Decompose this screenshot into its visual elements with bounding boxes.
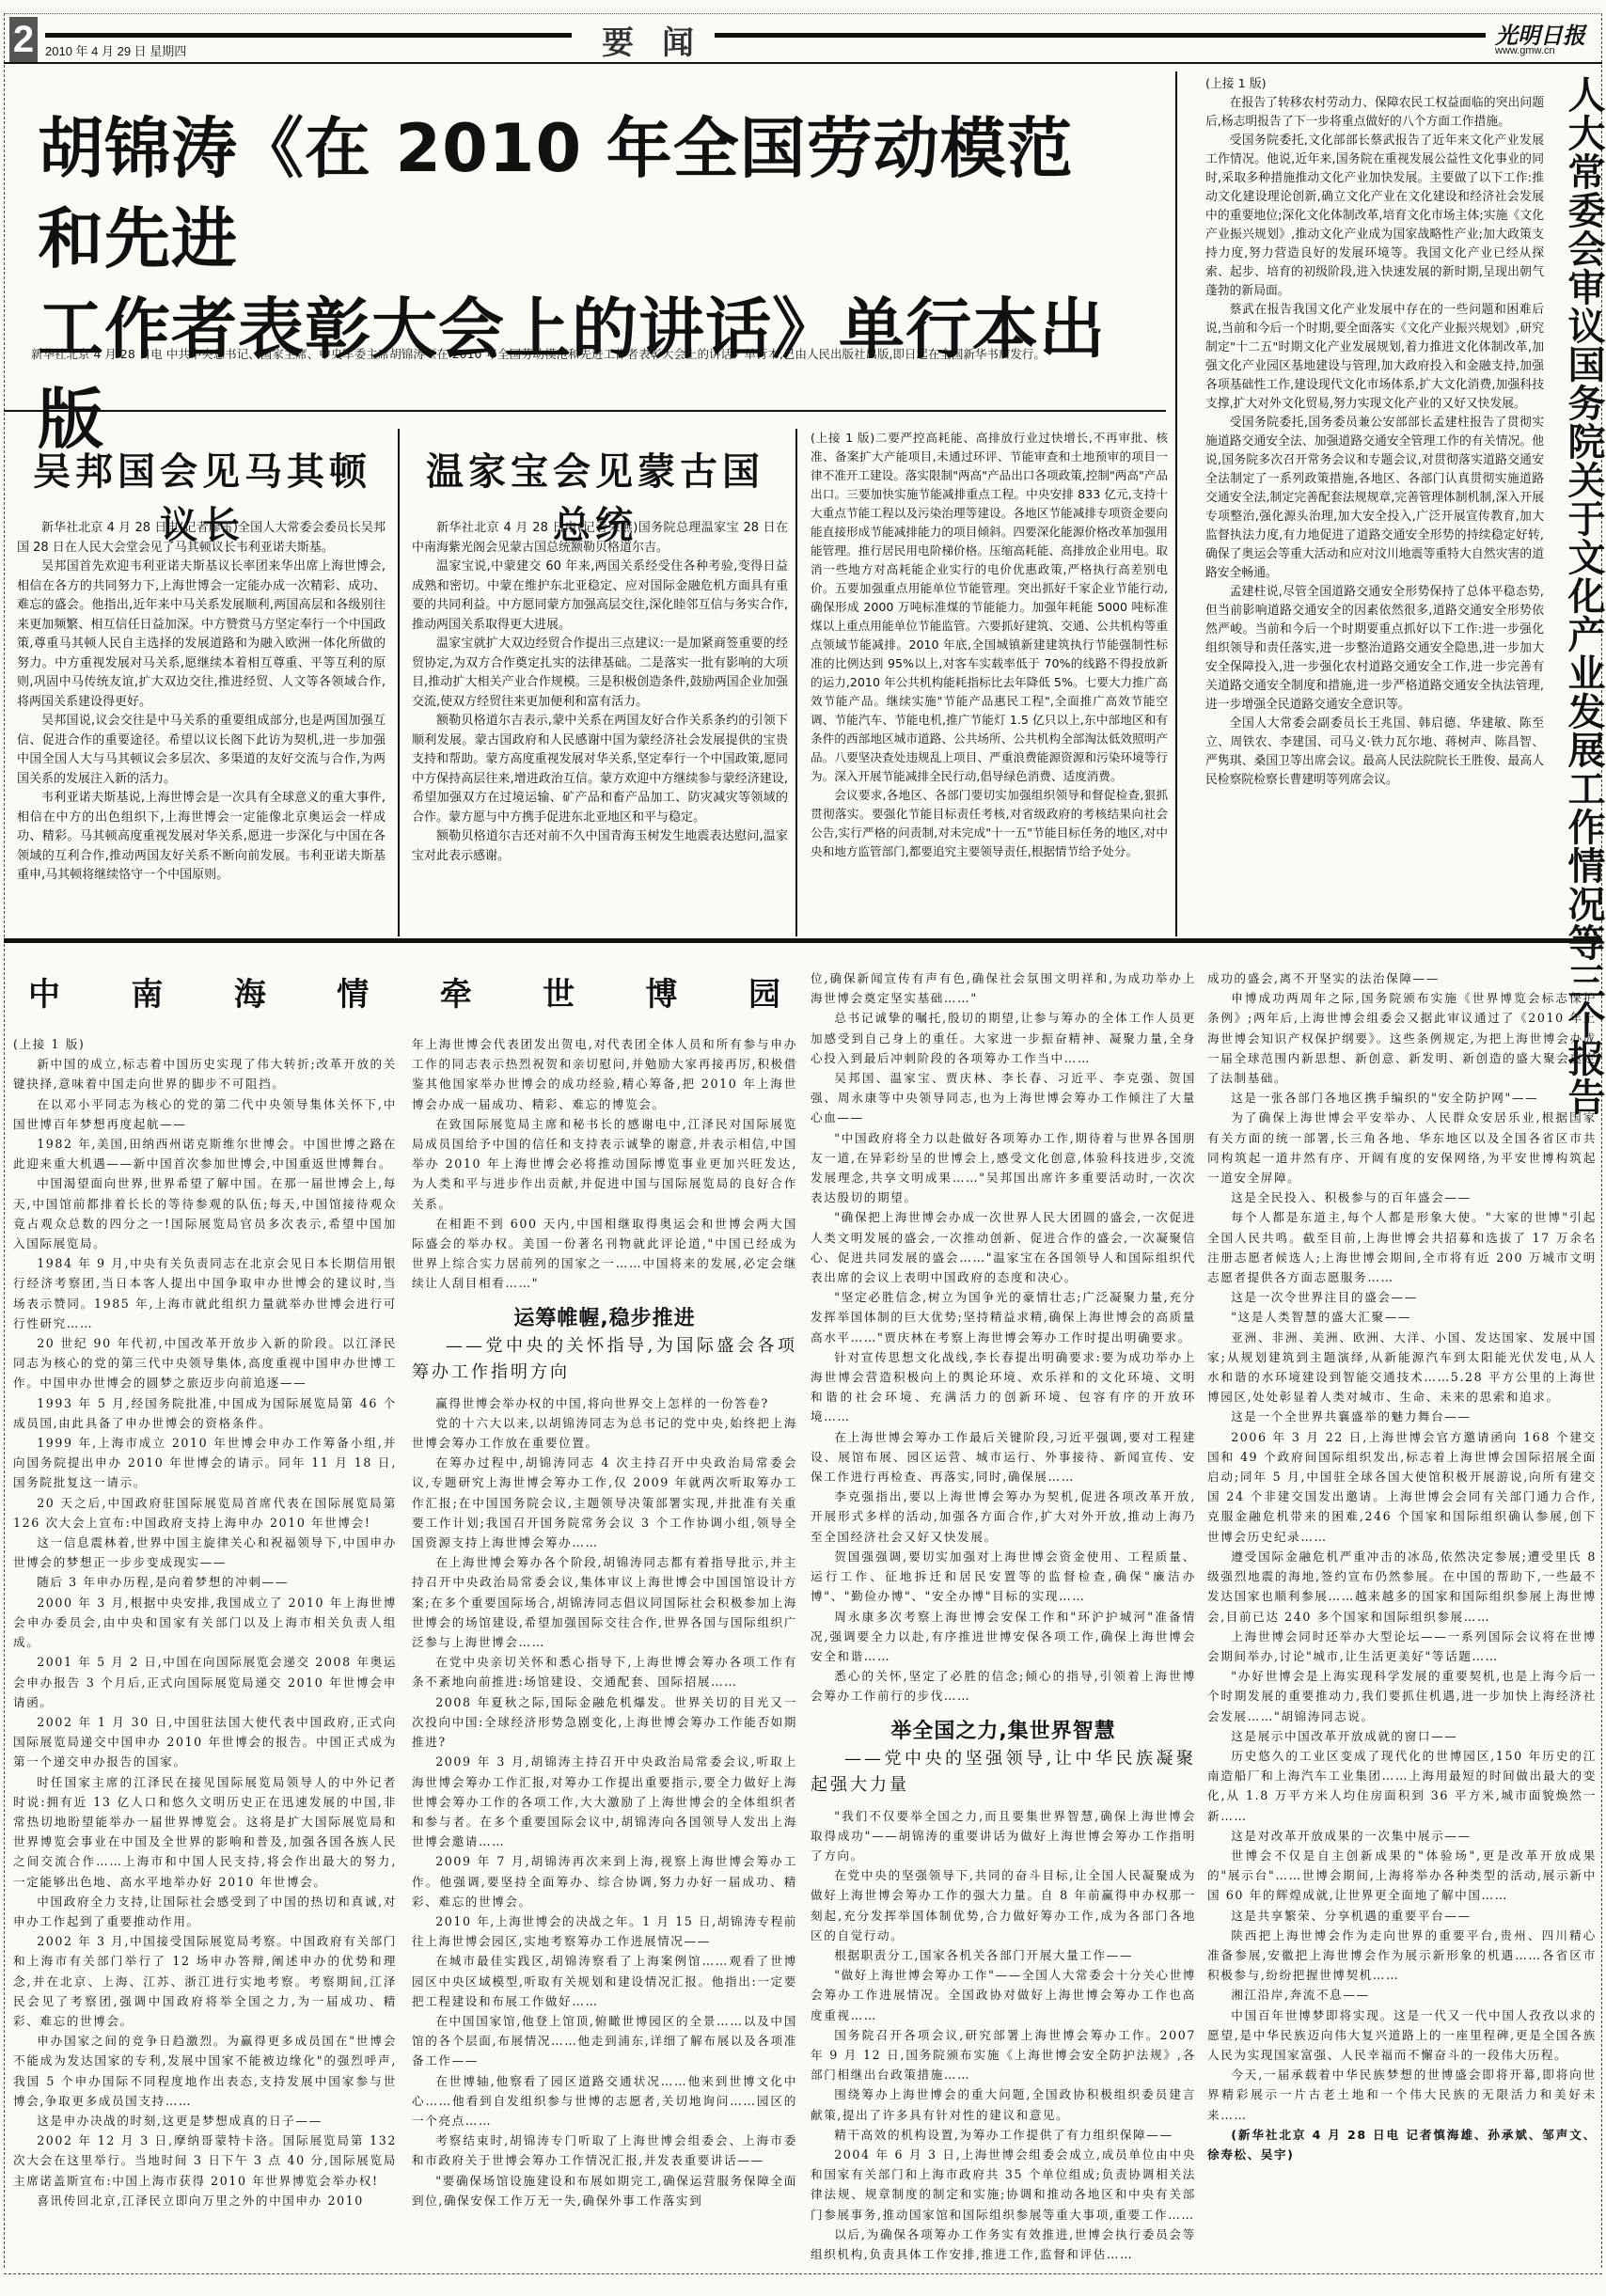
continued-label: (上接 1 版): [13, 1034, 397, 1054]
paragraph: 这是申办决战的时刻,这更是梦想成真的日子——: [13, 2111, 397, 2131]
paragraph: 1984 年 9 月,中央有关负责同志在北京会见日本长期信用银行经济考察团,当日…: [13, 1253, 397, 1333]
paragraph: 额勒贝格道尔吉还对前不久中国青海玉树发生地震表达慰问,温家宝对此表示感谢。: [412, 827, 788, 866]
paragraph: 新华社北京 4 月 28 日电(记者荣燕)国务院总理温家宝 28 日在中南海紫光…: [412, 519, 788, 558]
paragraph: 周永康多次考察上海世博会安保工作和"环沪护城河"准备情况,强调要全力以赴,有序推…: [811, 1607, 1196, 1667]
paragraph: 中国百年世博梦即将实现。这是一代又一代中国人孜孜以求的愿望,是中华民族迈向伟大复…: [1207, 2005, 1597, 2066]
newspaper-page: 2 2010 年 4 月 29 日 星期四 要闻 光明日报 www.gmw.cn…: [0, 0, 1606, 2296]
paragraph: 韦利亚诺夫斯基说,上海世博会是一次具有全球意义的重大事件,相信在中方的出色组织下…: [17, 789, 386, 886]
npc-report-body: (上接 1 版) 在报告了转移农村劳动力、保障农民工权益面临的突出问题后,杨志明…: [1205, 75, 1544, 790]
paragraph: 2000 年 3 月,根据中央安排,我国成立了 2010 年上海世博会申办委员会…: [13, 1593, 397, 1653]
paragraph: 这是共享繁荣、分享机遇的重要平台——: [1207, 1906, 1597, 1926]
paragraph: 成功的盛会,离不开坚实的法治保障——: [1207, 968, 1597, 988]
paragraph: 这是一个全世界共襄盛举的魅力舞台——: [1207, 1407, 1597, 1426]
issue-date: 2010 年 4 月 29 日 星期四: [45, 41, 186, 59]
paragraph: "中国政府将全力以赴做好各项筹办工作,期待着与世界各国朋友一道,在异彩纷呈的世博…: [811, 1128, 1196, 1208]
paragraph: 国务院召开各项会议,研究部署上海世博会筹办工作。2007 年 9 月 12 日,…: [811, 2025, 1196, 2085]
feature-column-3: 位,确保新闻宣传有声有色,确保社会氛围文明祥和,为成功举办上海世博会奠定坚实基础…: [811, 968, 1196, 2271]
paragraph: "要确保场馆设施建设和布展如期完工,确保运营服务保障全面到位,确保安保工作万无一…: [412, 2171, 797, 2210]
paragraph: 陕西把上海世博会作为走向世界的重要平台,贵州、四川精心准备参展,安徽把上海世博会…: [1207, 1926, 1597, 1986]
feature-headline-char: 情: [337, 968, 369, 1014]
npc-report-vertical-headline: 人大常委会审议国务院关于文化产业发展工作情况等三个报告: [1551, 75, 1604, 1116]
paragraph: 2009 年 3 月,胡锦涛主持召开中央政治局常委会议,听取上海世博会筹办工作汇…: [412, 1752, 797, 1851]
paragraph: 吴邦国说,议会交往是中马关系的重要组成部分,也是两国加强互信、促进合作的重要途径…: [17, 712, 386, 789]
paragraph: 在致国际展览局主席和秘书长的感谢电中,江泽民对国际展览局成员国给予中国的信任和支…: [412, 1114, 797, 1214]
paragraph: 根据职责分工,国家各机关各部门开展大量工作——: [811, 1945, 1196, 1965]
byline: (新华社北京 4 月 28 日电 记者慎海雄、孙承斌、邹声文、徐寿松、吴宇): [1207, 2125, 1597, 2164]
lead-article-body: 新华社北京 4 月 28 日电 中共中央总书记、国家主席、中央军委主席胡锦涛《在…: [8, 344, 1164, 364]
paragraph: 这是全民投入、积极参与的百年盛会——: [1207, 1187, 1597, 1207]
paragraph: 位,确保新闻宣传有声有色,确保社会氛围文明祥和,为成功举办上海世博会奠定坚实基础…: [811, 968, 1196, 1008]
paragraph: 以后,为确保各项筹办工作务实有效推进,世博会执行委员会等组织机构,负责具体工作安…: [811, 2225, 1196, 2264]
paragraph: 精干高效的机构设置,为筹办工作提供了有力组织保障——: [811, 2125, 1196, 2145]
paragraph: 2002 年 12 月 3 日,摩纳哥蒙特卡洛。国际展览局第 132 次大会在这…: [13, 2131, 397, 2191]
paragraph: 这是一次令世界注目的盛会——: [1207, 1287, 1597, 1307]
feature-headline: 中 南 海 情 牵 世 博 园: [28, 968, 780, 1014]
paragraph: "办好世博会是上海实现科学发展的重要契机,也是上海今后一个时期发展的重要推动力,…: [1207, 1666, 1597, 1726]
paragraph: 喜讯传回北京,江泽民立即向万里之外的中国申办 2010: [13, 2191, 397, 2210]
paragraph: 在以邓小平同志为核心的党的第二代中央领导集体关怀下,中国世博百年梦想再度起航——: [13, 1094, 397, 1134]
paragraph: 吴邦国首先欢迎韦利亚诺夫斯基议长率团来华出席上海世博会,相信在各方的共同努力下,…: [17, 558, 386, 712]
energy-article-body: (上接 1 版)二要严控高耗能、高排放行业过快增长,不再审批、核准、备案扩大产能…: [811, 429, 1168, 861]
paragraph: 亚洲、非洲、美洲、欧洲、大洋、小国、发达国家、发展中国家;从规划建筑到主题演绎,…: [1207, 1328, 1597, 1407]
paragraph: 受国务院委托,文化部部长蔡武报告了近年来文化产业发展工作情况。他说,近年来,国务…: [1205, 132, 1544, 301]
paragraph: 这是一张各部门各地区携手编织的"安全防护网"——: [1207, 1088, 1597, 1108]
paragraph: 遵受国际金融危机严重冲击的冰岛,依然决定参展;遭受里氏 8 级强烈地震的海地,签…: [1207, 1547, 1597, 1627]
paragraph: 悉心的关怀,坚定了必胜的信念;倾心的指导,引领着上海世博会筹办工作前行的步伐……: [811, 1666, 1196, 1706]
paragraph: 历史悠久的工业区变成了现代化的世博园区,150 年历史的江南造船厂和上海汽车工业…: [1207, 1746, 1597, 1826]
paragraph: 为了确保上海世博会平安举办、人民群众安居乐业,根据国家有关方面的统一部署,长三角…: [1207, 1108, 1597, 1187]
feature-column-4: 成功的盛会,离不开坚实的法治保障—— 申博成功两周年之际,国务院颁布实施《世界博…: [1207, 968, 1597, 2271]
paragraph: "坚定必胜信念,树立为国争光的豪情壮志;广泛凝聚力量,充分发挥举国体制的巨大优势…: [811, 1287, 1196, 1347]
masthead-bottom-rule: [4, 62, 1602, 64]
paragraph: 2009 年 7 月,胡锦涛再次来到上海,视察上海世博会筹办工作。他强调,要坚持…: [412, 1851, 797, 1911]
paragraph: 这是对改革开放成果的一次集中展示——: [1207, 1826, 1597, 1846]
paragraph: 围绕筹办上海世博会的重大问题,全国政协积极组织委员建言献策,提出了许多具有针对性…: [811, 2084, 1196, 2124]
paragraph: 额勒贝格道尔吉表示,蒙中关系在两国友好合作关系条约的引领下顺利发展。蒙古国政府和…: [412, 712, 788, 827]
feature-headline-char: 世: [543, 968, 575, 1014]
paragraph: 赢得世博会举办权的中国,将向世界交上怎样的一份答卷?: [412, 1393, 797, 1413]
paragraph: 在中国国家馆,他登上馆顶,俯瞰世博园区的全景……以及中国馆的各个层面,布展情况……: [412, 2011, 797, 2071]
paragraph: 2002 年 3 月,中国接受国际展览局考察。中国政府有关部门和上海市有关部门举…: [13, 1931, 397, 2031]
paragraph: 在上海世博会筹办工作最后关键阶段,习近平强调,要对工程建设、展馆布展、园区运营、…: [811, 1427, 1196, 1487]
paragraph: 总书记诚挚的嘱托,殷切的期望,让参与筹办的全体工作人员更加感受到自己身上的重任。…: [811, 1008, 1196, 1068]
feature-headline-char: 海: [234, 968, 266, 1014]
section-title: 要闻: [602, 17, 722, 63]
paragraph: 1993 年 5 月,经国务院批准,中国成为国际展览局第 46 个成员国,由此具…: [13, 1393, 397, 1433]
feature-subheading: 运筹帷幄,稳步推进: [412, 1305, 797, 1333]
paragraph: 贺国强强调,要切实加强对上海世博会资金使用、工程质量、运行工作、征地拆迁和居民安…: [811, 1547, 1196, 1607]
paragraph: 孟建柱说,尽管全国道路交通安全形势保持了总体平稳态势,但当前影响道路交通安全的因…: [1205, 583, 1544, 715]
feature-headline-char: 牵: [440, 968, 472, 1014]
divider-right-column: [1175, 71, 1177, 936]
paragraph: 20 世纪 90 年代初,中国改革开放步入新的阶段。以江泽民同志为核心的党的第三…: [13, 1333, 397, 1393]
feature-headline-char: 博: [646, 968, 678, 1014]
paragraph: 吴邦国、温家宝、贾庆林、李长春、习近平、李克强、贺国强、周永康等中央领导同志,也…: [811, 1068, 1196, 1128]
paragraph: 受国务院委托,国务委员兼公安部部长孟建柱报告了贯彻实施道路交通安全法、加强道路交…: [1205, 414, 1544, 583]
paragraph: 针对宣传思想文化战线,李长春提出明确要求:要为成功举办上海世博会营造积极向上的舆…: [811, 1347, 1196, 1427]
paragraph: 在相距不到 600 天内,中国相继取得奥运会和世博会两大国际盛会的举办权。美国一…: [412, 1214, 797, 1294]
paragraph: 申办国家之间的竞争日趋激烈。为赢得更多成员国在"世博会不能成为发达国家的专利,发…: [13, 2031, 397, 2111]
divider-feature: [4, 938, 1602, 943]
feature-headline-char: 南: [131, 968, 163, 1014]
paragraph: 每个人都是东道主,每个人都是形象大使。"大家的世博"引起全国人民共鸣。截至目前,…: [1207, 1207, 1597, 1287]
page-bottom-border: [4, 2273, 1602, 2274]
paragraph: 湘江沿岸,奔流不息——: [1207, 1985, 1597, 2005]
divider-col-2: [795, 429, 797, 936]
paragraph: 蔡武在报告我国文化产业发展中存在的一些问题和困难后说,当前和今后一个时期,要全面…: [1205, 301, 1544, 414]
divider-col-1: [398, 429, 400, 936]
paragraph: 2008 年夏秋之际,国际金融危机爆发。世界关切的目光又一次投向中国:全球经济形…: [412, 1692, 797, 1753]
website-url[interactable]: www.gmw.cn: [1495, 45, 1555, 56]
paragraph: 全国人大常委会副委员长王兆国、韩启德、华建敏、陈至立、周铁农、李建国、司马义·铁…: [1205, 715, 1544, 790]
paragraph: "确保把上海世博会办成一次世界人民大团圆的盛会,一次促进人类文明发展的盛会,一次…: [811, 1207, 1196, 1287]
paragraph: 世博会不仅是自主创新成果的"体验场",更是改革开放成果的"展示台"……世博会期间…: [1207, 1846, 1597, 1906]
feature-headline-char: 园: [748, 968, 780, 1014]
paragraph: 在报告了转移农村劳动力、保障农民工权益面临的突出问题后,杨志明报告了下一步将重点…: [1205, 94, 1544, 132]
feature-subheading-deck: ——党中央的坚强领导,让中华民族凝聚起强大力量: [811, 1746, 1196, 1799]
paragraph: 年上海世博会代表团发出贺电,对代表团全体人员和所有参与申办工作的同志表示热烈祝贺…: [412, 1034, 797, 1114]
paragraph: 在筹办过程中,胡锦涛同志 4 次主持召开中央政治局常委会议,专题研究上海世博会筹…: [412, 1453, 797, 1552]
lead-headline-line-1: 胡锦涛《在 2010 年全国劳动模范和先进: [38, 103, 1128, 284]
masthead-rule-right: [715, 33, 1486, 38]
paragraph: 考察结束时,胡锦涛专门听取了上海世博会组委会、上海市委和市政府关于世博会筹办工作…: [412, 2131, 797, 2170]
paragraph: 这一信息震林着,世界中国主旋律关心和祝福领导下,中国申办世博会的梦想正一步步变成…: [13, 1533, 397, 1572]
paragraph: "做好上海世博会筹办工作"——全国人大常委会十分关心世博会筹办工作进展情况。全国…: [811, 1965, 1196, 2025]
masthead-rule-left: [45, 33, 572, 38]
paragraph: 随后 3 年申办历程,是向着梦想的冲刺——: [13, 1572, 397, 1592]
paragraph: 新华社北京 4 月 28 日电(记者廖雷)全国人大常委会委员长吴邦国 28 日在…: [17, 519, 386, 558]
paragraph: 会议要求,各地区、各部门要切实加强组织领导和督促检查,狠抓贯彻落实。要强化节能目…: [811, 786, 1168, 861]
paragraph: 中国渴望面向世界,世界希望了解中国。在那一届世博会上,每天,中国馆前都排着长长的…: [13, 1173, 397, 1253]
paragraph: 温家宝就扩大双边经贸合作提出三点建议:一是加紧商签重要的经贸协定,为双方合作奠定…: [412, 635, 788, 712]
feature-column-1: (上接 1 版) 新中国的成立,标志着中国历史实现了伟大转折;改革开放的关键抉择…: [13, 1034, 397, 2271]
paragraph: 温家宝说,中蒙建交 60 年来,两国关系经受住各种考验,变得日益成熟和密切。中蒙…: [412, 558, 788, 635]
paragraph: 在党中央亲切关怀和悉心指导下,上海世博会筹办各项工作有条不紊地向前推进:场馆建设…: [412, 1652, 797, 1691]
paragraph: 这是展示中国改革开放成就的窗口——: [1207, 1726, 1597, 1746]
feature-column-2: 年上海世博会代表团发出贺电,对代表团全体人员和所有参与申办工作的同志表示热烈祝贺…: [412, 1034, 797, 2271]
paragraph: 新中国的成立,标志着中国历史实现了伟大转折;改革开放的关键抉择,意味着中国走向世…: [13, 1054, 397, 1093]
feature-subheading-deck: ——党中央的关怀指导,为国际盛会各项筹办工作指明方向: [412, 1333, 797, 1386]
feature-headline-char: 中: [28, 968, 60, 1014]
paragraph: 今天,一届承载着中华民族梦想的世博盛会即将开幕,即将向世界精彩展示一片古老土地和…: [1207, 2065, 1597, 2125]
paragraph: 2006 年 3 月 22 日,上海世博会官方邀请函向 168 个建交国和 49…: [1207, 1427, 1597, 1547]
paragraph: 2002 年 1 月 30 日,中国驻法国大使代表中国政府,正式向国际展览局递交…: [13, 1712, 397, 1772]
page-number: 2: [9, 17, 38, 62]
paragraph: "我们不仅要举全国之力,而且要集世界智慧,确保上海世博会取得成功"——胡锦涛的重…: [811, 1806, 1196, 1866]
paragraph: 在城市最佳实践区,胡锦涛察看了上海案例馆……观看了世博园区中央区域模型,听取有关…: [412, 1951, 797, 2011]
paragraph: 李克强指出,要以上海世博会筹办为契机,促进各项改革开放,开展形式多样的活动,加强…: [811, 1486, 1196, 1547]
wen-article-body: 新华社北京 4 月 28 日电(记者荣燕)国务院总理温家宝 28 日在中南海紫光…: [412, 519, 788, 866]
paragraph: 党的十六大以来,以胡锦涛同志为总书记的党中央,始终把上海世博会筹办工作放在重要位…: [412, 1413, 797, 1453]
paragraph: 2004 年 6 月 3 日,上海世博会组委会成立,成员单位由中央和国家有关部门…: [811, 2145, 1196, 2225]
wu-article-body: 新华社北京 4 月 28 日电(记者廖雷)全国人大常委会委员长吴邦国 28 日在…: [17, 519, 386, 886]
paragraph: 在世博轴,他察看了园区道路交通状况……他来到世博文化中心……他看到自发组织参与世…: [412, 2071, 797, 2131]
divider-lead: [4, 410, 1166, 412]
paragraph: "这是人类智慧的盛大汇聚——: [1207, 1307, 1597, 1327]
feature-subheading: 举全国之力,集世界智慧: [811, 1718, 1196, 1746]
paragraph: 申博成功两周年之际,国务院颁布实施《世界博览会标志保护条例》;两年后,上海世博会…: [1207, 988, 1597, 1088]
paragraph: 1982 年,美国,田纳西州诺克斯维尔世博会。中国世博之路在此迎来重大机遇——新…: [13, 1134, 397, 1173]
paragraph: 1999 年,上海市成立 2010 年世博会申办工作筹备小组,并向国务院提出申办…: [13, 1433, 397, 1493]
paragraph: 在党中央的坚强领导下,共同的奋斗目标,让全国人民凝聚成为做好上海世博会筹办工作的…: [811, 1865, 1196, 1945]
paragraph: 中国政府全力支持,让国际社会感受到了中国的热切和真诚,对申办工作起到了重要推动作…: [13, 1892, 397, 1931]
paragraph: 上海世博会同时还举办大型论坛——一系列国际会议将在世博会期间举办,讨论"城市,让…: [1207, 1627, 1597, 1666]
paragraph: (上接 1 版)二要严控高耗能、高排放行业过快增长,不再审批、核准、备案扩大产能…: [811, 429, 1168, 786]
paragraph: 2010 年,上海世博会的决战之年。1 月 15 日,胡锦涛专程前往上海世博会园…: [412, 1911, 797, 1951]
paragraph: 20 天之后,中国政府驻国际展览局首席代表在国际展览局第 126 次大会上宣布:…: [13, 1493, 397, 1533]
paragraph: 时任国家主席的江泽民在接见国际展览局领导人的中外记者时说:拥有近 13 亿人口和…: [13, 1772, 397, 1892]
paragraph: 在上海世博会筹办各个阶段,胡锦涛同志都有着指导批示,并主持召开中央政治局常委会议…: [412, 1552, 797, 1652]
continued-label: (上接 1 版): [1205, 75, 1544, 94]
paragraph: 2001 年 5 月 2 日,中国在向国际展览会递交 2008 年奥运会申办报告…: [13, 1652, 397, 1712]
